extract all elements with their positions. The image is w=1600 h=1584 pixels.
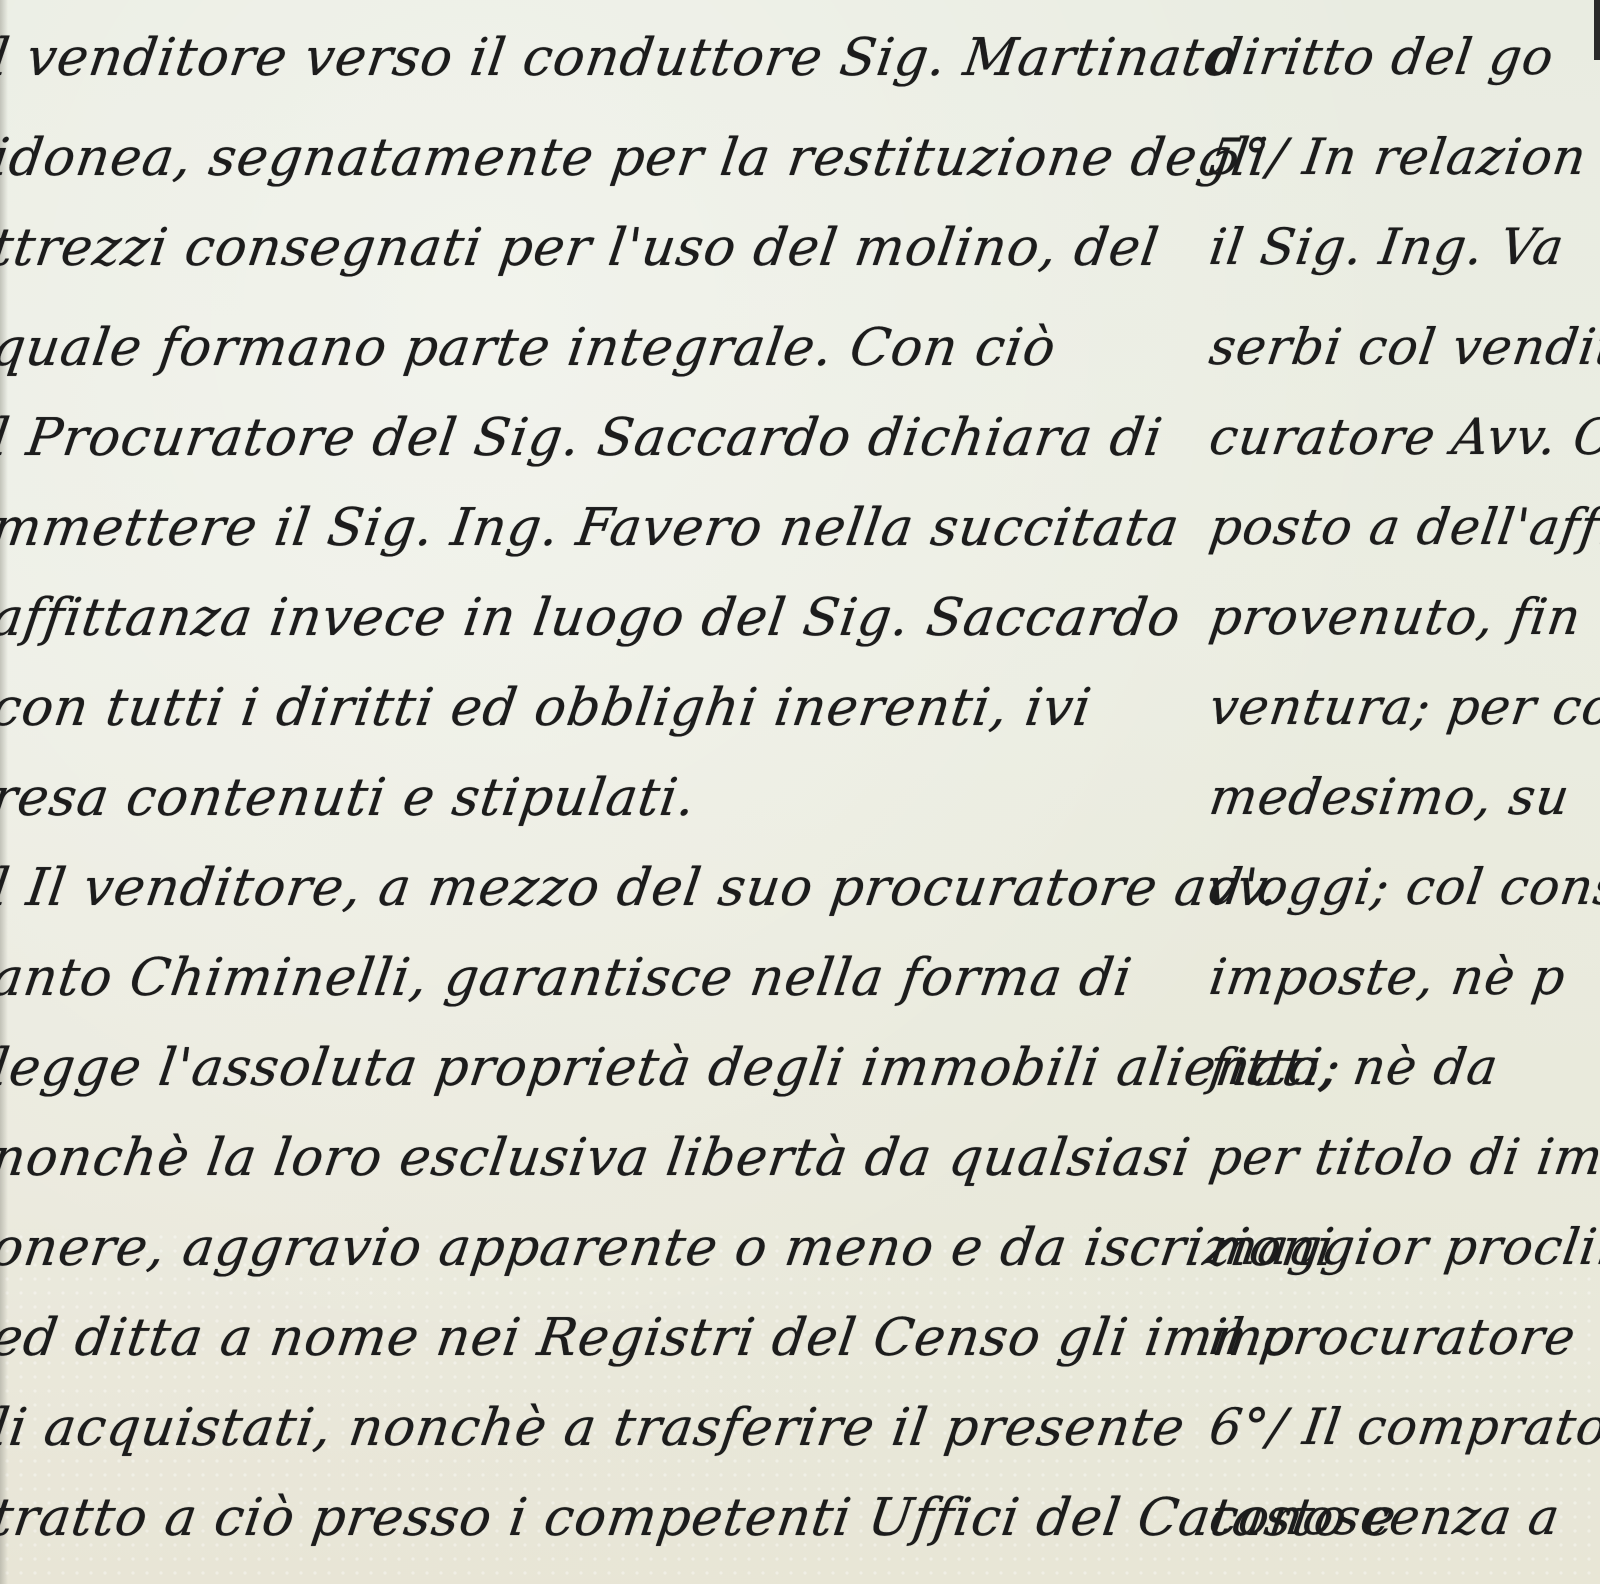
handwritten-line: con tutti i diritti ed obblighi inerenti… [0,678,1095,738]
handwritten-line: resa contenuti e stipulati. [0,768,700,828]
handwritten-line: provenuto, fin [1206,588,1585,646]
handwritten-line: mmettere il Sig. Ing. Favero nella succi… [0,498,1183,558]
handwritten-line: l Procuratore del Sig. Saccardo dichiara… [0,408,1167,468]
handwritten-line: posto a dell'affi [1206,498,1600,556]
handwritten-line: curatore Avv. C [1206,408,1600,466]
handwritten-line: l Il venditore, a mezzo del suo procurat… [0,858,1283,918]
handwritten-line: per titolo di imp [1206,1128,1600,1186]
handwritten-line: ed ditta a nome nei Registri del Censo g… [0,1308,1300,1368]
handwritten-line: il Sig. Ing. Va [1206,218,1568,276]
handwritten-line: nonchè la loro esclusiva libertà da qual… [0,1128,1195,1188]
handwritten-line: li acquistati, nonchè a trasferire il pr… [0,1398,1189,1458]
handwritten-line: affittanza invece in luogo del Sig. Sacc… [0,588,1185,648]
handwritten-line: conoscenza a [1206,1488,1564,1546]
handwritten-line: fitto, nè da [1206,1038,1502,1096]
handwritten-line: tratto a ciò presso i competenti Uffici … [0,1488,1400,1548]
handwritten-line: il procuratore [1206,1308,1580,1366]
handwritten-line: l venditore verso il conduttore Sig. Mar… [0,28,1241,88]
handwritten-line: ttrezzi consegnati per l'uso del molino,… [0,218,1163,278]
handwritten-line: quale formano parte integrale. Con ciò [0,318,1060,378]
handwritten-line: 6°/ Il compratore [1206,1398,1600,1456]
handwritten-line: idonea, segnatamente per la restituzione… [0,128,1271,188]
handwritten-line: medesimo, su [1206,768,1574,826]
handwritten-line: anto Chiminelli, garantisce nella forma … [0,948,1136,1008]
handwritten-line: onere, aggravio apparente o meno e da is… [0,1218,1338,1278]
handwritten-line: imposte, nè p [1206,948,1569,1006]
handwritten-line: d'oggi; col conse [1206,858,1600,916]
handwritten-line: 5°/ In relazion [1206,128,1590,186]
manuscript-page: l venditore verso il conduttore Sig. Mar… [0,0,1600,1584]
handwritten-line: maggior proclim [1206,1218,1600,1276]
handwritten-line: legge l'assoluta proprietà degli immobil… [0,1038,1345,1098]
handwritten-line: serbi col vendit [1206,318,1600,376]
paper-right-edge [1594,0,1600,60]
handwritten-line: ventura; per con [1206,678,1600,736]
handwritten-line: diritto del go [1206,28,1558,86]
